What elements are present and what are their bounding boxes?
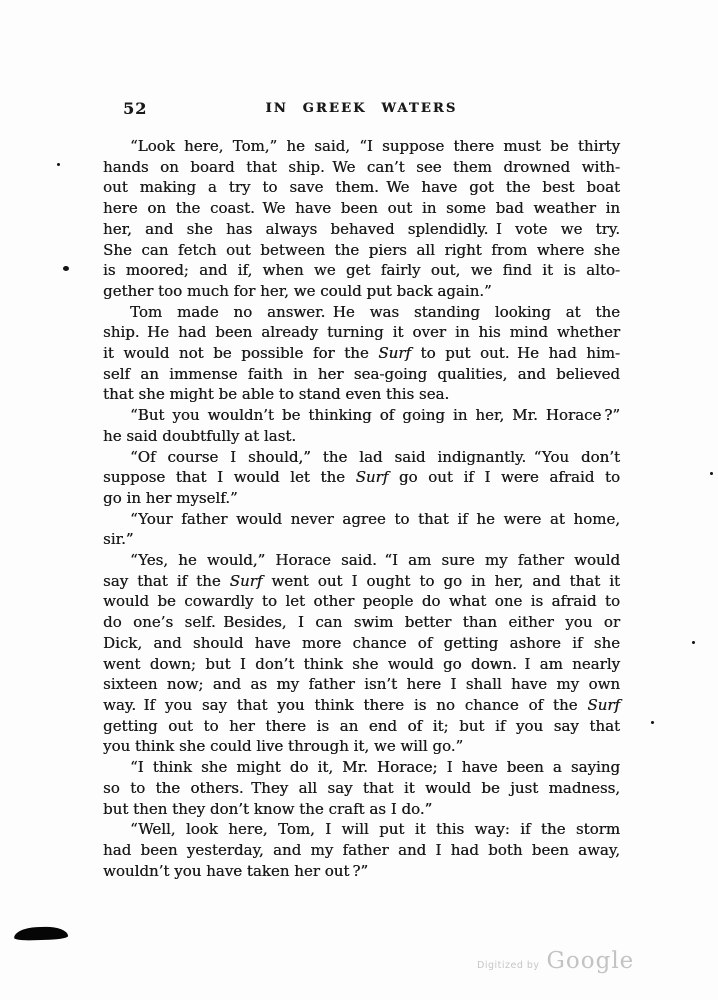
text-line: that she might be able to stand even thi… (103, 384, 620, 405)
text-segment: Dick, and should have more chance of get… (103, 634, 620, 652)
text-line: say that if the Surf went out I ought to… (103, 571, 620, 592)
ship-name-italic: Surf (587, 696, 620, 714)
ink-speck (692, 641, 695, 644)
ink-speck (57, 163, 60, 166)
text-segment: but then they don’t know the craft as I … (103, 800, 432, 818)
paragraph: “I think she might do it, Mr. Horace; I … (103, 757, 620, 819)
digitized-watermark: Digitized by Google (477, 948, 634, 974)
text-line: sir.” (103, 529, 620, 550)
text-segment: “Yes, he would,” Horace said. “I am sure… (130, 551, 620, 569)
text-segment: sixteen now; and as my father isn’t here… (103, 675, 620, 693)
text-segment: it would not be possible for the (103, 344, 378, 362)
text-line: so to the others. They all say that it w… (103, 778, 620, 799)
text-line: “Of course I should,” the lad said indig… (103, 447, 620, 468)
text-line: She can fetch out between the piers all … (103, 240, 620, 261)
paragraph: “Of course I should,” the lad said indig… (103, 447, 620, 509)
text-line: sixteen now; and as my father isn’t here… (103, 674, 620, 695)
text-segment: go out if I were afraid to (388, 468, 620, 486)
text-line: self an immense faith in her sea-going q… (103, 364, 620, 385)
text-line: but then they don’t know the craft as I … (103, 799, 620, 820)
text-segment: suppose that I would let the (103, 468, 356, 486)
text-line: it would not be possible for the Surf to… (103, 343, 620, 364)
text-segment: would be cowardly to let other people do… (103, 592, 620, 610)
google-logo: Google (547, 948, 635, 974)
ink-speck (651, 721, 654, 724)
text-line: her, and she has always behaved splendid… (103, 219, 620, 240)
running-title: IN GREEK WATERS (103, 99, 620, 116)
text-line: Dick, and should have more chance of get… (103, 633, 620, 654)
text-line: “I think she might do it, Mr. Horace; I … (103, 757, 620, 778)
text-line: is moored; and if, when we get fairly ou… (103, 260, 620, 281)
text-segment: “I think she might do it, Mr. Horace; I … (130, 758, 620, 776)
text-line: suppose that I would let the Surf go out… (103, 467, 620, 488)
text-line: “Your father would never agree to that i… (103, 509, 620, 530)
text-line: getting out to her there is an end of it… (103, 716, 620, 737)
paragraph: “Well, look here, Tom, I will put it thi… (103, 819, 620, 881)
text-line: here on the coast. We have been out in s… (103, 198, 620, 219)
digitized-by-label: Digitized by (477, 960, 540, 971)
text-line: do one’s self. Besides, I can swim bette… (103, 612, 620, 633)
text-line: way. If you say that you think there is … (103, 695, 620, 716)
text-segment: go in her myself.” (103, 489, 238, 507)
text-line: “Well, look here, Tom, I will put it thi… (103, 819, 620, 840)
text-line: out making a try to save them. We have g… (103, 177, 620, 198)
text-line: “Look here, Tom,” he said, “I suppose th… (103, 136, 620, 157)
paragraph: “Your father would never agree to that i… (103, 509, 620, 550)
ink-speck (710, 472, 713, 475)
text-segment: “Well, look here, Tom, I will put it thi… (130, 820, 620, 838)
text-line: go in her myself.” (103, 488, 620, 509)
text-segment: Tom made no answer. He was standing look… (130, 303, 620, 321)
ship-name-italic: Surf (378, 344, 411, 362)
text-segment: went out I ought to go in her, and that … (262, 572, 620, 590)
text-line: gether too much for her, we could put ba… (103, 281, 620, 302)
text-segment: hands on board that ship. We can’t see t… (103, 158, 620, 176)
text-line: went down; but I don’t think she would g… (103, 654, 620, 675)
text-line: “But you wouldn’t be thinking of going i… (103, 405, 620, 426)
text-segment: to put out. He had him- (411, 344, 620, 362)
text-segment: gether too much for her, we could put ba… (103, 282, 492, 300)
text-segment: say that if the (103, 572, 230, 590)
paragraph: “Look here, Tom,” he said, “I suppose th… (103, 136, 620, 302)
text-line: Tom made no answer. He was standing look… (103, 302, 620, 323)
paragraph: Tom made no answer. He was standing look… (103, 302, 620, 406)
text-segment: “Of course I should,” the lad said indig… (130, 448, 620, 466)
text-line: would be cowardly to let other people do… (103, 591, 620, 612)
text-segment: so to the others. They all say that it w… (103, 779, 620, 797)
paragraph: “Yes, he would,” Horace said. “I am sure… (103, 550, 620, 757)
page-text: “Look here, Tom,” he said, “I suppose th… (103, 136, 620, 881)
text-segment: you think she could live through it, we … (103, 737, 463, 755)
text-line: hands on board that ship. We can’t see t… (103, 157, 620, 178)
text-segment: is moored; and if, when we get fairly ou… (103, 261, 620, 279)
text-segment: “But you wouldn’t be thinking of going i… (130, 406, 620, 424)
text-segment: that she might be able to stand even thi… (103, 385, 449, 403)
text-segment: wouldn’t you have taken her out ?” (103, 862, 368, 880)
scan-smudge (14, 926, 68, 941)
text-line: had been yesterday, and my father and I … (103, 840, 620, 861)
text-segment: way. If you say that you think there is … (103, 696, 587, 714)
text-segment: he said doubtfully at last. (103, 427, 296, 445)
ship-name-italic: Surf (356, 468, 389, 486)
text-segment: here on the coast. We have been out in s… (103, 199, 620, 217)
text-line: “Yes, he would,” Horace said. “I am sure… (103, 550, 620, 571)
text-segment: out making a try to save them. We have g… (103, 178, 620, 196)
text-segment: self an immense faith in her sea-going q… (103, 365, 620, 383)
text-segment: went down; but I don’t think she would g… (103, 655, 620, 673)
text-segment: “Your father would never agree to that i… (130, 510, 620, 528)
ship-name-italic: Surf (230, 572, 263, 590)
text-segment: had been yesterday, and my father and I … (103, 841, 620, 859)
text-segment: ship. He had been already turning it ove… (103, 323, 620, 341)
book-page-scan: 52 IN GREEK WATERS “Look here, Tom,” he … (0, 0, 718, 1000)
text-line: he said doubtfully at last. (103, 426, 620, 447)
running-header: 52 IN GREEK WATERS (103, 99, 620, 119)
paragraph: “But you wouldn’t be thinking of going i… (103, 405, 620, 446)
page-number: 52 (123, 99, 147, 118)
text-segment: “Look here, Tom,” he said, “I suppose th… (130, 137, 620, 155)
ink-speck (63, 266, 69, 271)
text-segment: She can fetch out between the piers all … (103, 241, 620, 259)
text-line: ship. He had been already turning it ove… (103, 322, 620, 343)
text-segment: getting out to her there is an end of it… (103, 717, 620, 735)
text-segment: do one’s self. Besides, I can swim bette… (103, 613, 620, 631)
text-segment: her, and she has always behaved splendid… (103, 220, 620, 238)
text-line: you think she could live through it, we … (103, 736, 620, 757)
text-line: wouldn’t you have taken her out ?” (103, 861, 620, 882)
text-segment: sir.” (103, 530, 133, 548)
